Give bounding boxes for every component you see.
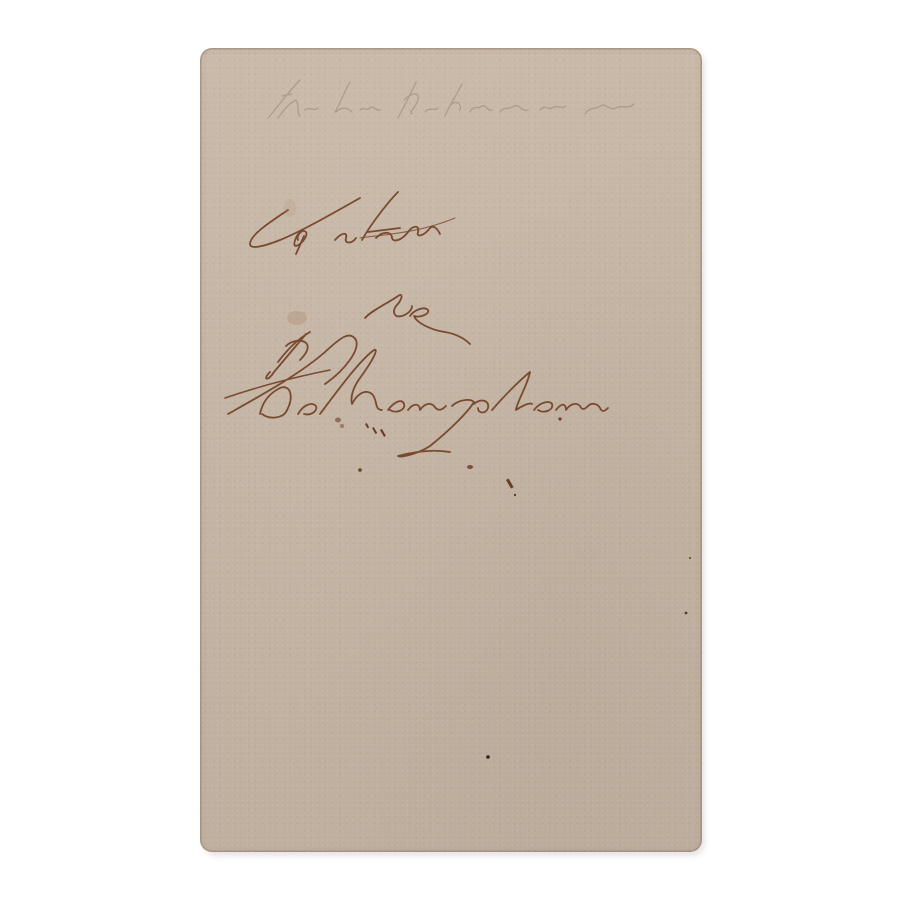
ink-spots (335, 417, 691, 758)
pencil-note (268, 80, 634, 118)
foxing-stains (284, 199, 307, 325)
photo-stage: Fürst v. Hohenz... Anton de Hohenzolern (0, 0, 900, 900)
signature-anton (250, 192, 455, 254)
signature-hohenzolern (225, 332, 608, 457)
handwriting-layer (0, 0, 900, 900)
signature-de (365, 295, 470, 344)
